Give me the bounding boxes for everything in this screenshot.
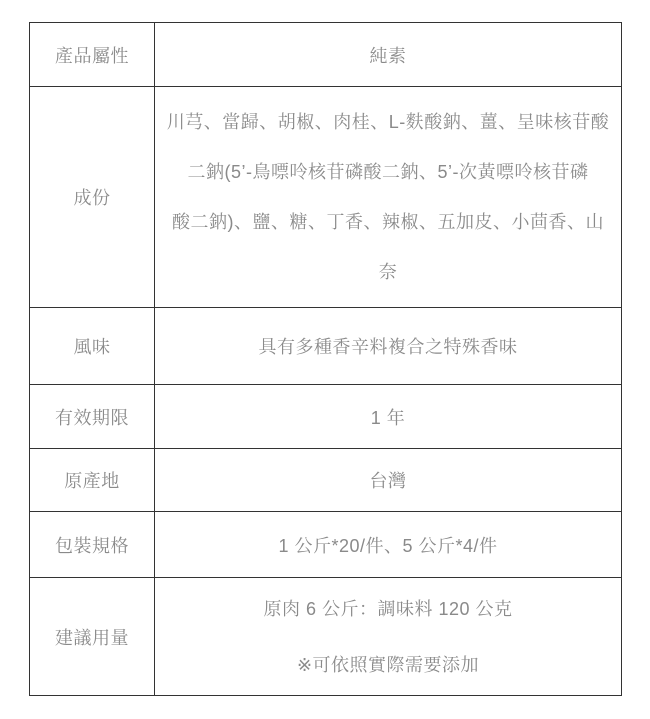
table-row-origin: 原產地 台灣 bbox=[30, 449, 622, 512]
row-label-suggested-usage: 建議用量 bbox=[30, 578, 155, 696]
row-value-line: 二鈉(5’-鳥嘌呤核苷磷酸二鈉、5’-次黃嘌呤核苷磷 bbox=[157, 147, 619, 197]
row-value-line: 純素 bbox=[157, 42, 619, 68]
row-label-origin: 原產地 bbox=[30, 449, 155, 512]
row-value-product-attribute: 純素 bbox=[155, 23, 622, 87]
row-label-product-attribute: 產品屬性 bbox=[30, 23, 155, 87]
row-value-ingredients: 川芎、當歸、胡椒、肉桂、L-麩酸鈉、薑、呈味核苷酸 二鈉(5’-鳥嘌呤核苷磷酸二… bbox=[155, 87, 622, 308]
row-value-packaging: 1 公斤*20/件、5 公斤*4/件 bbox=[155, 512, 622, 578]
row-value-line: 奈 bbox=[157, 247, 619, 297]
row-value-shelf-life: 1 年 bbox=[155, 385, 622, 449]
row-value-suggested-usage: 原肉 6 公斤：調味料 120 公克 ※可依照實際需要添加 bbox=[155, 578, 622, 696]
row-label-flavor: 風味 bbox=[30, 308, 155, 385]
row-value-line: 台灣 bbox=[157, 467, 619, 493]
product-spec-table-body: 產品屬性 純素 成份 川芎、當歸、胡椒、肉桂、L-麩酸鈉、薑、呈味核苷酸 二鈉(… bbox=[30, 23, 622, 696]
row-value-line: 1 公斤*20/件、5 公斤*4/件 bbox=[157, 532, 619, 558]
row-value-line: ※可依照實際需要添加 bbox=[157, 637, 619, 693]
row-value-origin: 台灣 bbox=[155, 449, 622, 512]
row-value-line: 酸二鈉)、鹽、糖、丁香、辣椒、五加皮、小茴香、山 bbox=[157, 197, 619, 247]
table-row-shelf-life: 有效期限 1 年 bbox=[30, 385, 622, 449]
row-value-line: 具有多種香辛料複合之特殊香味 bbox=[157, 333, 619, 359]
row-value-flavor: 具有多種香辛料複合之特殊香味 bbox=[155, 308, 622, 385]
row-label-shelf-life: 有效期限 bbox=[30, 385, 155, 449]
row-label-ingredients: 成份 bbox=[30, 87, 155, 308]
row-value-line: 原肉 6 公斤：調味料 120 公克 bbox=[157, 581, 619, 637]
table-row-product-attribute: 產品屬性 純素 bbox=[30, 23, 622, 87]
table-row-flavor: 風味 具有多種香辛料複合之特殊香味 bbox=[30, 308, 622, 385]
row-value-line: 1 年 bbox=[157, 404, 619, 430]
row-value-line: 川芎、當歸、胡椒、肉桂、L-麩酸鈉、薑、呈味核苷酸 bbox=[157, 97, 619, 147]
product-spec-table: 產品屬性 純素 成份 川芎、當歸、胡椒、肉桂、L-麩酸鈉、薑、呈味核苷酸 二鈉(… bbox=[29, 22, 622, 696]
row-label-packaging: 包裝規格 bbox=[30, 512, 155, 578]
table-row-ingredients: 成份 川芎、當歸、胡椒、肉桂、L-麩酸鈉、薑、呈味核苷酸 二鈉(5’-鳥嘌呤核苷… bbox=[30, 87, 622, 308]
table-row-suggested-usage: 建議用量 原肉 6 公斤：調味料 120 公克 ※可依照實際需要添加 bbox=[30, 578, 622, 696]
table-row-packaging: 包裝規格 1 公斤*20/件、5 公斤*4/件 bbox=[30, 512, 622, 578]
